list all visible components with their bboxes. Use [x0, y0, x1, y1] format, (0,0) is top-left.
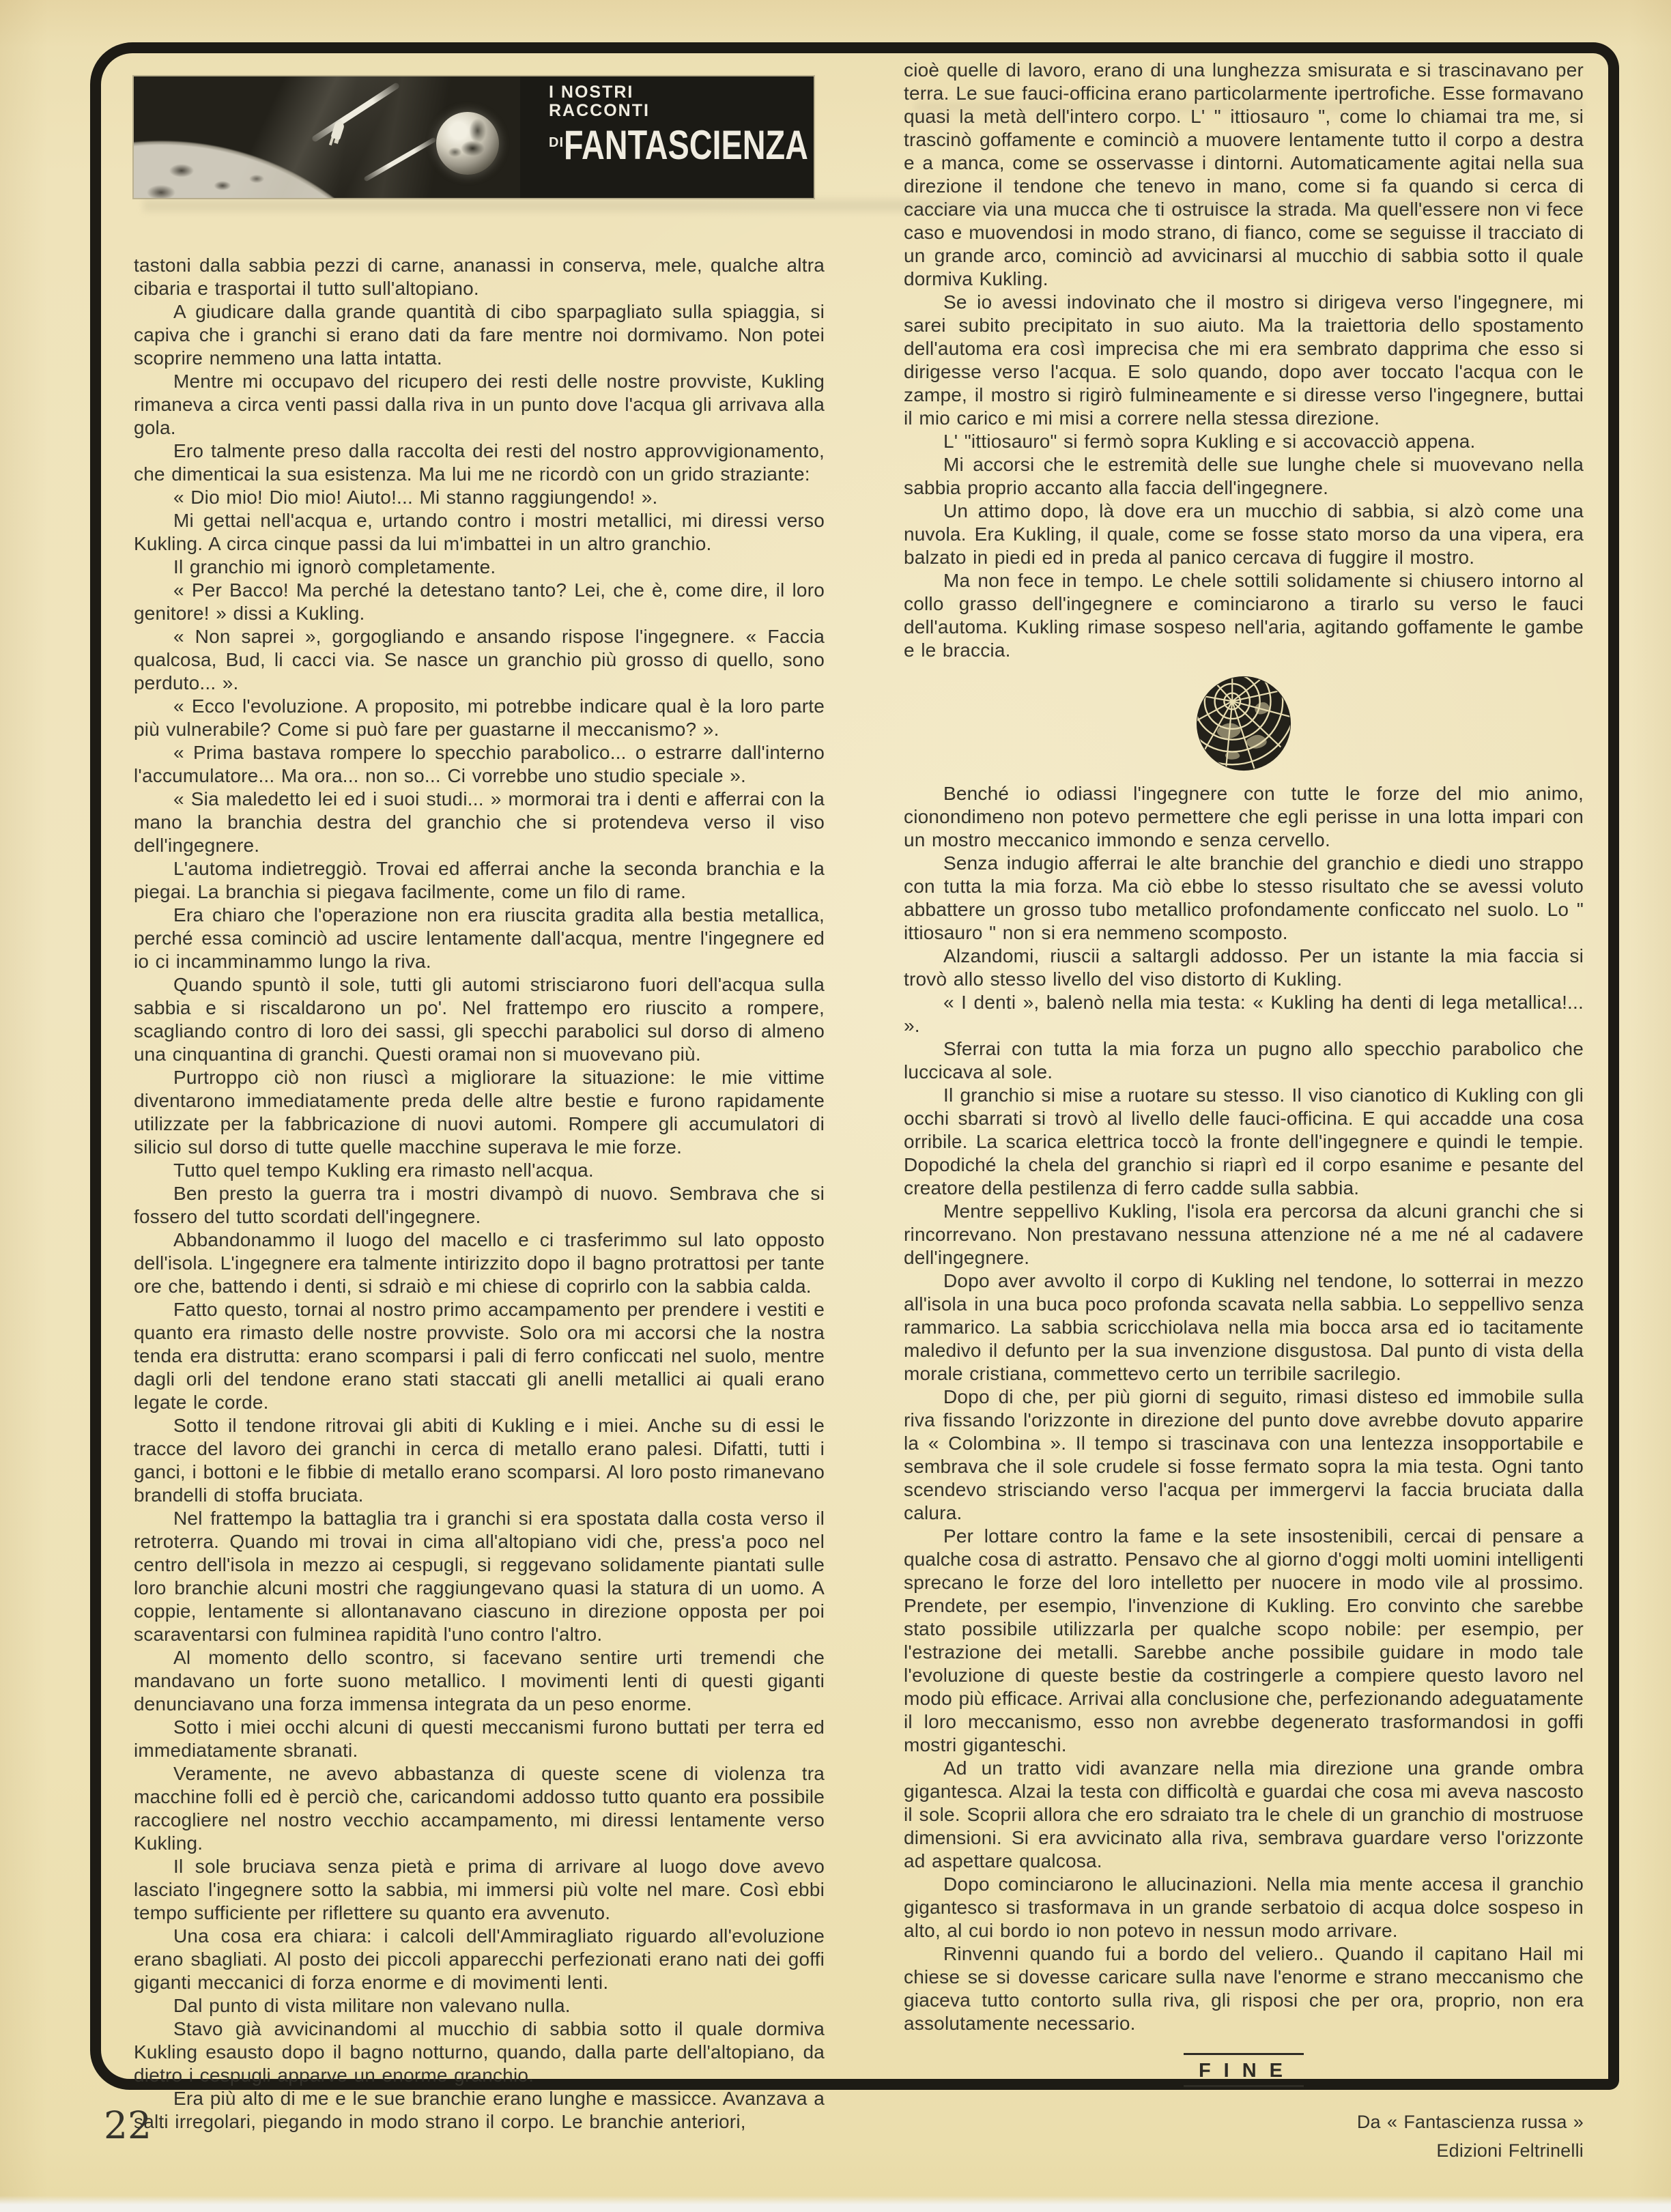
story-paragraph: Purtroppo ciò non riuscì a migliorare la…: [134, 1066, 825, 1159]
story-paragraph: « Per Bacco! Ma perché la detestano tant…: [134, 579, 825, 625]
story-paragraph: « Non saprei », gorgogliando e ansando r…: [134, 625, 825, 695]
story-paragraph: cioè quelle di lavoro, erano di una lung…: [904, 59, 1584, 291]
kicker-line: I NOSTRI: [549, 83, 814, 102]
page-title: FANTASCIENZA: [564, 121, 808, 169]
story-paragraph: Stavo già avvicinandomi al mucchio di sa…: [134, 2017, 825, 2087]
earth-globe-photo: [436, 112, 499, 175]
story-paragraph: A giudicare dalla grande quantità di cib…: [134, 300, 825, 370]
divider-rule: [1184, 2085, 1304, 2087]
divider-rule: [1184, 2053, 1304, 2055]
story-paragraph: Benché io odiassi l'ingegnere con tutte …: [904, 782, 1584, 852]
story-paragraph: Un attimo dopo, là dove era un mucchio d…: [904, 500, 1584, 569]
story-paragraph: Era chiaro che l'operazione non era rius…: [134, 904, 825, 973]
story-paragraph: « I denti », balenò nella mia testa: « K…: [904, 991, 1584, 1037]
story-paragraph: Era più alto di me e le sue branchie era…: [134, 2087, 825, 2134]
story-paragraph: « Sia maledetto lei ed i suoi studi... »…: [134, 788, 825, 857]
end-label: FINE: [1184, 2059, 1304, 2082]
right-column-bottom: Benché io odiassi l'ingegnere con tutte …: [904, 782, 1584, 2035]
wireframe-globe-icon: [1193, 673, 1294, 774]
story-paragraph: L'automa indietreggiò. Trovai ed afferra…: [134, 857, 825, 904]
story-paragraph: Il granchio mi ignorò completamente.: [134, 556, 825, 579]
story-paragraph: Dopo aver avvolto il corpo di Kukling ne…: [904, 1269, 1584, 1385]
credit-line: Da « Fantascienza russa »: [904, 2108, 1584, 2136]
story-paragraph: Ma non fece in tempo. Le chele sottili s…: [904, 569, 1584, 662]
story-paragraph: Sotto il tendone ritrovai gli abiti di K…: [134, 1414, 825, 1507]
right-column-top: cioè quelle di lavoro, erano di una lung…: [904, 59, 1584, 662]
story-paragraph: Sotto i miei occhi alcuni di questi mecc…: [134, 1716, 825, 1762]
story-paragraph: Mentre seppellivo Kukling, l'isola era p…: [904, 1200, 1584, 1269]
story-paragraph: Nel frattempo la battaglia tra i granchi…: [134, 1507, 825, 1646]
story-paragraph: Veramente, ne avevo abbastanza di queste…: [134, 1762, 825, 1855]
story-paragraph: Quando spuntò il sole, tutti gli automi …: [134, 973, 825, 1066]
story-paragraph: Dopo di che, per più giorni di seguito, …: [904, 1385, 1584, 1525]
kicker-line: DI: [549, 135, 564, 150]
story-paragraph: Se io avessi indovinato che il mostro si…: [904, 291, 1584, 430]
story-paragraph: Tutto quel tempo Kukling era rimasto nel…: [134, 1159, 825, 1182]
rocket-icon: [363, 137, 436, 182]
story-paragraph: « Ecco l'evoluzione. A proposito, mi pot…: [134, 695, 825, 741]
story-paragraph: tastoni dalla sabbia pezzi di carne, ana…: [134, 254, 825, 300]
story-paragraph: Per lottare contro la fame e la sete ins…: [904, 1525, 1584, 1757]
rocket-icon: [311, 82, 401, 143]
globe-divider: [904, 673, 1584, 774]
scan-edge: [0, 2196, 1671, 2212]
section-title-block: I NOSTRI RACCONTI DIFANTASCIENZA: [549, 83, 814, 169]
story-paragraph: Ad un tratto vidi avanzare nella mia dir…: [904, 1757, 1584, 1873]
story-paragraph: Una cosa era chiara: i calcoli dell'Ammi…: [134, 1925, 825, 1994]
story-end-marker: FINE: [1184, 2053, 1304, 2087]
story-paragraph: Ero talmente preso dalla raccolta dei re…: [134, 440, 825, 486]
story-paragraph: Dal punto di vista militare non valevano…: [134, 1994, 825, 2017]
story-paragraph: Sferrai con tutta la mia forza un pugno …: [904, 1037, 1584, 1084]
story-paragraph: Mentre mi occupavo del ricupero dei rest…: [134, 370, 825, 440]
credit-line: Edizioni Feltrinelli: [904, 2136, 1584, 2165]
story-paragraph: Mi gettai nell'acqua e, urtando contro i…: [134, 509, 825, 556]
story-paragraph: Al momento dello scontro, si facevano se…: [134, 1646, 825, 1716]
story-paragraph: Abbandonammo il luogo del macello e ci t…: [134, 1229, 825, 1298]
story-paragraph: Ben presto la guerra tra i mostri divamp…: [134, 1182, 825, 1229]
story-paragraph: Senza indugio afferrai le alte branchie …: [904, 852, 1584, 945]
story-paragraph: Dopo cominciarono le allucinazioni. Nell…: [904, 1873, 1584, 1942]
source-credit: Da « Fantascienza russa » Edizioni Feltr…: [904, 2108, 1584, 2165]
story-paragraph: « Prima bastava rompere lo specchio para…: [134, 741, 825, 788]
right-column: cioè quelle di lavoro, erano di una lung…: [904, 59, 1584, 2165]
story-paragraph: Fatto questo, tornai al nostro primo acc…: [134, 1298, 825, 1414]
story-paragraph: Il sole bruciava senza pietà e prima di …: [134, 1855, 825, 1925]
story-paragraph: Il granchio si mise a ruotare su stesso.…: [904, 1084, 1584, 1200]
story-paragraph: L' "ittiosauro" si fermò sopra Kukling e…: [904, 430, 1584, 453]
left-column: tastoni dalla sabbia pezzi di carne, ana…: [134, 254, 825, 2134]
story-paragraph: Alzandomi, riuscii a saltargli addosso. …: [904, 945, 1584, 991]
story-paragraph: « Dio mio! Dio mio! Aiuto!... Mi stanno …: [134, 486, 825, 509]
story-paragraph: Rinvenni quando fui a bordo del veliero.…: [904, 1942, 1584, 2035]
page-number: 22: [104, 2103, 152, 2147]
header-banner: I NOSTRI RACCONTI DIFANTASCIENZA: [134, 76, 814, 198]
kicker-line: RACCONTI: [549, 102, 814, 120]
story-paragraph: Mi accorsi che le estremità delle sue lu…: [904, 453, 1584, 500]
magazine-page: I NOSTRI RACCONTI DIFANTASCIENZA tastoni…: [0, 0, 1671, 2212]
